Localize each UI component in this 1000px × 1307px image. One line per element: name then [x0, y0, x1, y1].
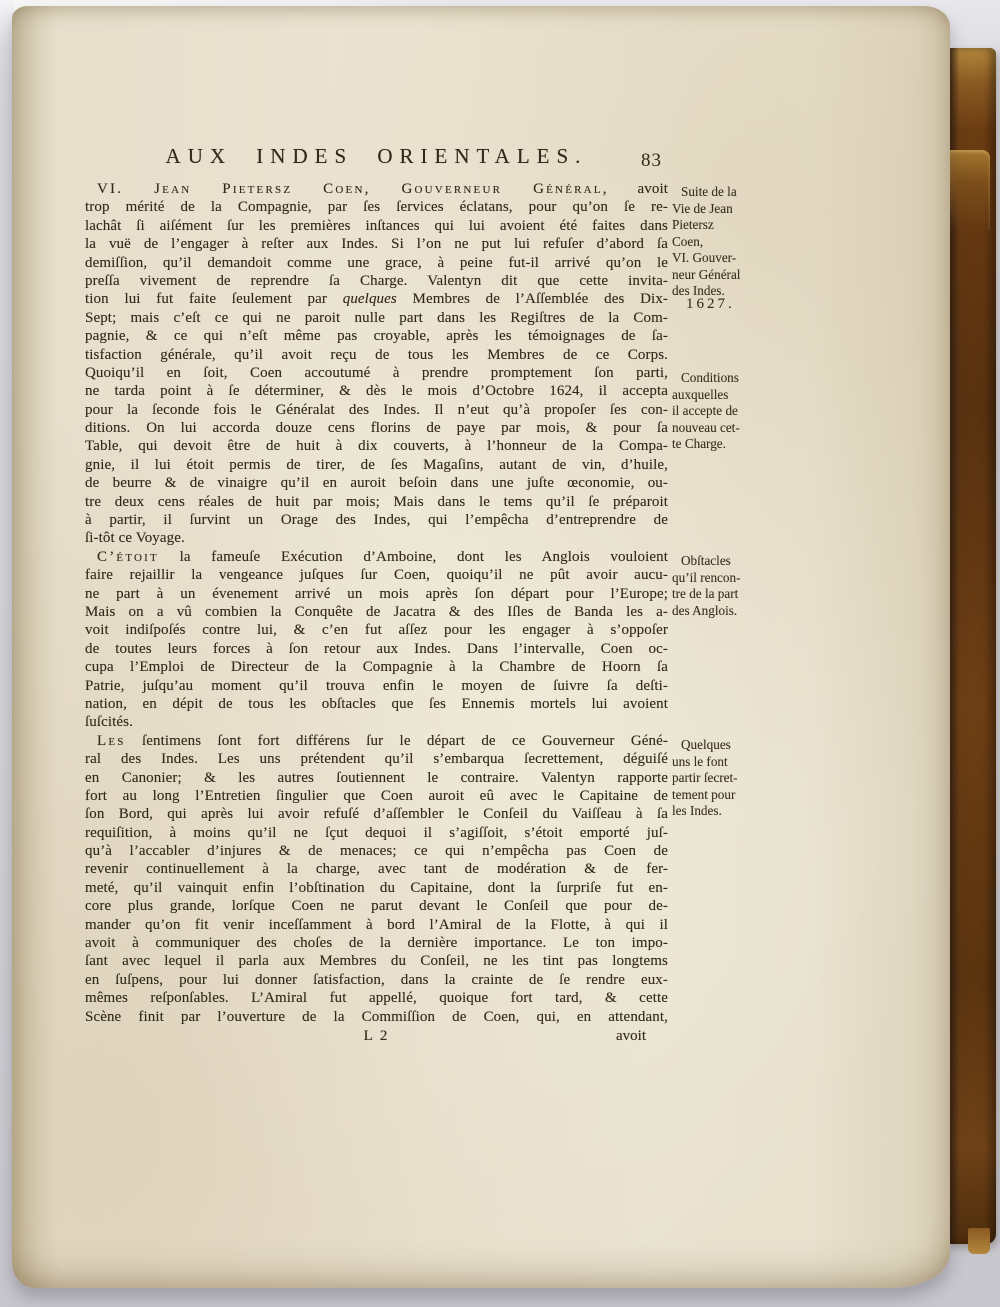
body-line: tion lui fut faite ſeulement par quelque…	[85, 290, 668, 308]
body-line: mêmes reſponſables. L’Amiral fut appellé…	[85, 989, 668, 1007]
body-line: tisfaction générale, qu’il avoit reçu de…	[85, 346, 668, 364]
body-line: de toutes leurs forces à ſon retour aux …	[85, 640, 668, 658]
body-line: ditions. On lui accorda douze cens flori…	[85, 419, 668, 437]
page-header: AUX INDES ORIENTALES. 83	[85, 144, 668, 170]
body-line: ſi-tôt ce Voyage.	[85, 529, 668, 547]
binding-foot-fragment	[968, 1228, 990, 1254]
body-line: la vuë de l’engager à reſter aux Indes. …	[85, 235, 668, 253]
body-line: à partir, il ſurvint un Orage des Indes,…	[85, 511, 668, 529]
body-line: mander qu’on fit venir inceſſamment à bo…	[85, 916, 668, 934]
body-line: faire rejaillir la vengeance juſques ſur…	[85, 566, 668, 584]
body-line: lachât ſi aiſément ſur les premières inſ…	[85, 217, 668, 235]
binding-tattered-leather	[948, 150, 990, 230]
body-line: voit indiſpoſés contre lui, & c’en fut a…	[85, 621, 668, 639]
body-line: ſant avec lequel il parla aux Membres du…	[85, 952, 668, 970]
body-line: meté, qu’il vainquit enfin l’obſtination…	[85, 879, 668, 897]
body-line: de beurre & de vinaigre qu’il en auroit …	[85, 474, 668, 492]
body-line: ſuſcités.	[85, 713, 668, 731]
body-line: Scène finit par l’ouverture de la Commiſ…	[85, 1008, 668, 1026]
page-footer: L 2 avoit	[85, 1028, 668, 1048]
body-line: ſon Bord, qui après lui avoir refuſé d’a…	[85, 805, 668, 823]
body-line: requiſition, à moins qu’il ne ſçut dequo…	[85, 824, 668, 842]
body-line: gnie, il lui étoit permis de tirer, de ſ…	[85, 456, 668, 474]
body-line: C’étoit la fameuſe Exécution d’Amboine, …	[85, 548, 668, 566]
body-line: pagnie, & ce qui n’eſt même pas croyable…	[85, 327, 668, 345]
side-note-year: 1627.	[672, 296, 790, 313]
side-note-conditions: Conditionsauxquellesil accepte denouveau…	[672, 370, 790, 453]
side-note-suite: Suite de laVie de JeanPieterszCoen,VI. G…	[672, 184, 790, 300]
side-note-secret: Quelquesuns le fontpartir ſecret-tement …	[672, 737, 790, 820]
body-line: tre deux cens réales de huit par mois; M…	[85, 493, 668, 511]
body-line: qu’à l’accabler d’injures & de menaces; …	[85, 842, 668, 860]
body-line: ne tarda point à ſe déterminer, & dès le…	[85, 382, 668, 400]
body-line: VI. Jean Pietersz Coen, Gouverneur Génér…	[85, 180, 668, 198]
signature-mark: L 2	[85, 1028, 668, 1045]
body-line: Les ſentimens ſont fort différens ſur le…	[85, 732, 668, 750]
body-line: en Canonier; & les autres ſoutiennent le…	[85, 769, 668, 787]
body-line: preſſa vivement de reprendre ſa Charge. …	[85, 272, 668, 290]
body-line: nation, en dépit de tous les obſtacles q…	[85, 695, 668, 713]
body-line: fort au long l’Entretien ſingulier que C…	[85, 787, 668, 805]
body-line: ral des Indes. Les uns prétendent qu’il …	[85, 750, 668, 768]
running-header: AUX INDES ORIENTALES.	[85, 144, 668, 169]
body-line: pour la ſeconde fois le Généralat des In…	[85, 401, 668, 419]
body-line: core plus grande, lorſque Coen ne parut …	[85, 897, 668, 915]
body-text: VI. Jean Pietersz Coen, Gouverneur Génér…	[85, 180, 668, 1026]
body-line: cupa l’Emploi de Directeur de la Compagn…	[85, 658, 668, 676]
body-line: Table, qui devoit être de huit à dix cou…	[85, 437, 668, 455]
body-line: revenir continuellement à la charge, ave…	[85, 860, 668, 878]
body-line: demiſſion, qu’il demandoit comme une gra…	[85, 254, 668, 272]
body-line: ne part à un évenement arrivé un mois ap…	[85, 585, 668, 603]
photo-backdrop: AUX INDES ORIENTALES. 83 VI. Jean Pieter…	[0, 0, 1000, 1307]
body-line: en ſuſpens, pour lui donner ſatisfaction…	[85, 971, 668, 989]
body-line: Quoiqu’il en ſoit, Coen accoutumé à pren…	[85, 364, 668, 382]
book-page: AUX INDES ORIENTALES. 83 VI. Jean Pieter…	[12, 6, 950, 1288]
page-number: 83	[641, 150, 662, 172]
catchword: avoit	[616, 1028, 646, 1045]
body-line: trop mérité de la Compagnie, par ſes ſer…	[85, 198, 668, 216]
body-line: Mais on a vû combien la Conquête de Jaca…	[85, 603, 668, 621]
body-line: Patrie, juſqu’au moment qu’il trouva enf…	[85, 677, 668, 695]
body-line: avoit à communiquer des choſes de la der…	[85, 934, 668, 952]
body-line: Sept; mais c’eſt ce qui ne paroit nulle …	[85, 309, 668, 327]
side-note-obstacles: Obſtaclesqu’il rencon-tre de la partdes …	[672, 553, 790, 619]
